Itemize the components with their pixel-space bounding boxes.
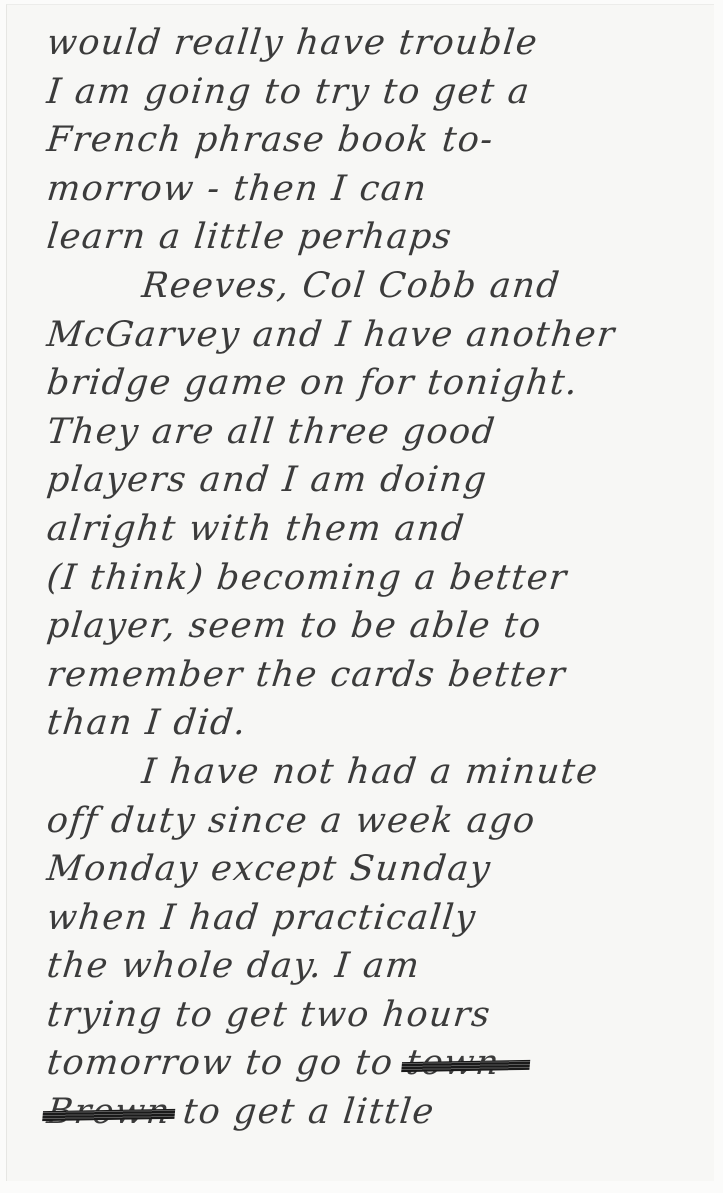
handwritten-letter-body: would really have trouble I am going to … xyxy=(47,19,717,1137)
struck-out-word: town - xyxy=(404,1039,529,1088)
letter-line: bridge game on for tonight. xyxy=(44,359,719,408)
letter-line: would really have trouble xyxy=(44,19,719,68)
letter-line: player, seem to be able to xyxy=(44,602,719,651)
struck-out-word: Brown xyxy=(44,1088,173,1137)
letter-line-paragraph-start: I have not had a minute xyxy=(44,748,719,797)
letter-line: trying to get two hours xyxy=(44,991,719,1040)
letter-line: the whole day. I am xyxy=(44,942,719,991)
letter-paper: would really have trouble I am going to … xyxy=(6,4,714,1181)
letter-line: when I had practically xyxy=(44,894,719,943)
scanned-page: would really have trouble I am going to … xyxy=(0,0,723,1193)
letter-line-paragraph-start: Reeves, Col Cobb and xyxy=(44,262,719,311)
line-text: to get a little xyxy=(181,1092,437,1132)
letter-line: They are all three good xyxy=(44,408,719,457)
letter-line: than I did. xyxy=(44,699,719,748)
letter-line: Monday except Sunday xyxy=(44,845,719,894)
letter-line: players and I am doing xyxy=(44,456,719,505)
letter-line: alright with them and xyxy=(44,505,719,554)
letter-line: tomorrow to go to town - xyxy=(44,1039,719,1088)
letter-line: off duty since a week ago xyxy=(44,797,719,846)
letter-line: morrow - then I can xyxy=(44,165,719,214)
letter-line: McGarvey and I have another xyxy=(44,311,719,360)
line-text: tomorrow to go to xyxy=(45,1043,396,1083)
letter-line: (I think) becoming a better xyxy=(44,554,719,603)
letter-line: remember the cards better xyxy=(44,651,719,700)
letter-line: Brown to get a little xyxy=(44,1088,719,1137)
letter-line: learn a little perhaps xyxy=(44,213,719,262)
letter-line: I am going to try to get a xyxy=(44,68,719,117)
letter-line: French phrase book to- xyxy=(44,116,719,165)
